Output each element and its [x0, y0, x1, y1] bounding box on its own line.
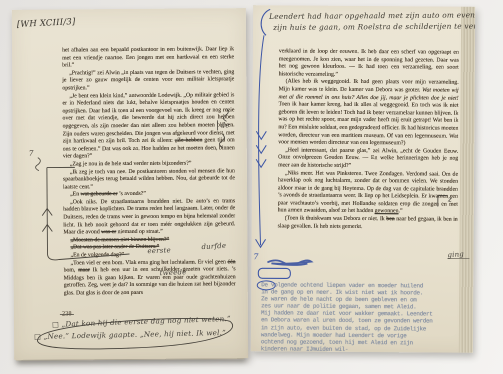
margin-note-ging: ging [447, 250, 464, 259]
print-paragraph: „Ook niks. De straatlantaarns brandden n… [63, 198, 235, 237]
print-run: het afhalen aan een bepaald postkantoor … [62, 46, 234, 68]
blue-arrowhead [256, 239, 266, 247]
print-run-strike: „Moesten de mensen niet binnen blijven?” [70, 237, 169, 244]
print-paragraph: „Niks meer. Het was Pinksteren. Twee Zon… [278, 170, 458, 217]
footer-handwriting-line-2: □ „Nee.” Lodewijk gaapte. „Nee, hij niet… [34, 328, 226, 341]
print-run-strike: ben [386, 216, 394, 222]
header-handwriting-line-1: Leendert had haar opgehaald met zijn aut… [269, 10, 475, 21]
left-page-print-text: het afhalen aan een bepaald postkantoor … [62, 46, 236, 309]
print-paragraph: „Toen viel er een bom. Vlak erna ging he… [64, 259, 236, 298]
print-run: verklaard in de loop der eeuwen. Ik heb … [279, 48, 459, 77]
print-run: „Niks meer. Het was Pinksteren. Twee Zon… [278, 170, 458, 215]
print-paragraph: „Prachtig!” zei Alwin „in plaats van teg… [62, 69, 234, 93]
margin-note-eerste: eerste [147, 246, 171, 255]
margin-note-tweede: tweede [159, 268, 186, 277]
print-run: „Prachtig!” zei Alwin „in plaats van teg… [62, 69, 234, 91]
header-handwriting-line-2: zijn huis te gaan, om Roelstra de schild… [273, 21, 475, 32]
print-run: „Zag je nou in de hele stad verder niets… [70, 160, 192, 167]
footer-handwriting-line-1: □ „Dat kon hij die eerste dag nog niet w… [52, 314, 231, 329]
print-run: bom, [64, 268, 79, 274]
shelfmark-annotation: [WH XCIII/3] [17, 17, 76, 30]
edit-arrow-chevrons [42, 209, 52, 232]
print-paragraph: het afhalen aan een bepaald postkantoor … [62, 46, 234, 70]
right-page: Leendert had haar opgehaald met zijn aut… [251, 5, 475, 353]
blue-margin-line [258, 35, 264, 245]
print-paragraph: verklaard in de loop der eeuwen. Ik heb … [279, 48, 459, 80]
print-run-strike: „Ze hebben [175, 138, 203, 144]
margin-note-z: z [448, 195, 452, 204]
print-run: (Toen ik thuiskwam was Debora er niet. I… [285, 216, 387, 223]
print-paragraph: (Toen ik thuiskwam was Debora er niet. I… [278, 215, 458, 231]
right-page-print-text: verklaard in de loop der eeuwen. Ik heb … [277, 48, 459, 279]
deletion-squiggle-left [36, 158, 41, 171]
print-run: .” [398, 209, 402, 215]
margin-note-move-mark: 7 [29, 149, 34, 158]
print-run: Toen ik haar kamer kreeg, had ik alles a… [278, 102, 458, 147]
print-run: „En [70, 192, 81, 198]
left-page: [WH XCIII/3] het afhalen aan een bepaald… [12, 8, 248, 360]
print-paragraph: „Heel interessant, dat paarse glas,” zei… [278, 147, 458, 171]
print-run-strike: „Dat was pas later onder de Duitsers.” [70, 244, 159, 251]
margin-note-insert-de: de [221, 121, 230, 129]
page-number: 238 [62, 310, 72, 317]
print-run-strike: was er [101, 229, 116, 235]
print-run: „Toen viel er een bom. Vlak erna ging he… [71, 259, 228, 266]
book-page-edges [459, 7, 475, 353]
blue-arrow-chevrons [256, 131, 266, 167]
print-run: ’s avonds?” [118, 191, 146, 197]
margin-note-durfde: durfde [201, 242, 226, 251]
typed-line: kinderen naar IJmuiden wil- [261, 345, 433, 353]
print-run: „Ik zeg je toch van nee. De postkantoren… [63, 168, 235, 190]
print-paragraph: „Je bent een klein kind,” antwoordde Lod… [62, 92, 234, 162]
print-run: Ik heb een uur in een schuilkelder gezet… [64, 266, 236, 296]
margin-note-seven-blue: 7 [253, 252, 258, 261]
print-run-strike: wat gebeurde er [81, 191, 118, 197]
print-run-strike: één [227, 259, 235, 265]
typed-insert-fragment: De volgende ochtend liepen vader en moed… [261, 281, 433, 352]
print-run-u: gewonnen [375, 209, 399, 215]
print-run-strike: maar [78, 268, 90, 274]
print-run: „En de volgende dag?” [70, 252, 124, 258]
print-run: niemand op straat.” [116, 229, 163, 235]
print-paragraph: (Alles heb ik weggegooid. Ik had geen pl… [278, 79, 458, 149]
print-paragraph: „Ik zeg je toch van nee. De postkantoren… [63, 168, 235, 192]
photo-backdrop: [WH XCIII/3] het afhalen aan een bepaald… [0, 0, 503, 374]
print-run: „Heel interessant, dat paarse glas,” zei… [278, 147, 458, 169]
